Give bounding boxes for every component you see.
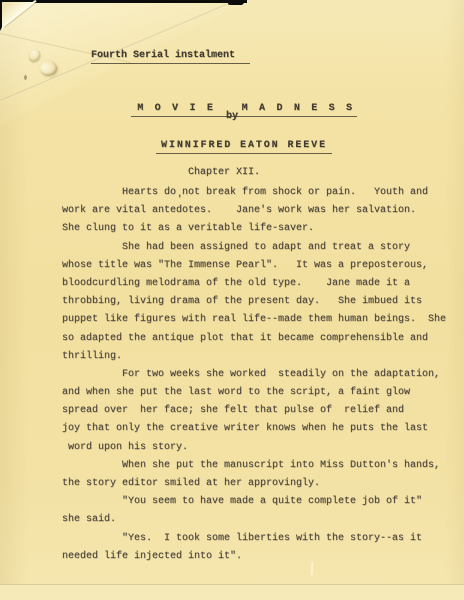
manuscript-line: puppet like figures with real life--made…	[62, 311, 462, 329]
chapter-heading: Chapter XII.	[188, 167, 260, 179]
serial-instalment-label: Fourth Serial instalment	[67, 38, 250, 76]
manuscript-body: Hearts do not break from shock or pain. …	[62, 184, 462, 566]
manuscript-line: and when she put the last word to the sc…	[62, 384, 462, 402]
page-bottom-edge	[0, 584, 464, 600]
byline: by	[0, 111, 464, 123]
scanned-manuscript-page: Fourth Serial instalment M O V I E M A D…	[0, 0, 464, 600]
manuscript-line: Hearts do not break from shock or pain. …	[62, 184, 462, 202]
manuscript-line: thrilling.	[62, 348, 462, 366]
author-name: WINNIFRED EATON REEVE	[0, 128, 464, 166]
manuscript-line: work are vital antedotes. Jane's work wa…	[62, 202, 462, 220]
manuscript-line: throbbing, living drama of the present d…	[62, 293, 462, 311]
story-title: M O V I E M A D N E S S	[0, 91, 464, 129]
manuscript-line: bloodcurdling melodrama of the old type.…	[62, 275, 462, 293]
paper-speck	[24, 75, 27, 80]
manuscript-line: she said.	[62, 511, 462, 529]
manuscript-line: the story editor smiled at her approving…	[62, 475, 462, 493]
scan-edge-top	[0, 0, 247, 3]
manuscript-line: She clung to it as a veritable life-save…	[62, 220, 462, 238]
manuscript-line: When she put the manuscript into Miss Du…	[62, 457, 462, 475]
serial-instalment-text: Fourth Serial instalment	[91, 50, 250, 64]
manuscript-line: whose title was "The Immense Pearl". It …	[62, 257, 462, 275]
manuscript-line: For two weeks she worked steadily on the…	[62, 366, 462, 384]
manuscript-line: word upon his story.	[62, 439, 462, 457]
author-name-text: WINNIFRED EATON REEVE	[156, 140, 332, 154]
manuscript-line: "You seem to have made a quite complete …	[62, 493, 462, 511]
manuscript-line: so adapted the antique plot that it beca…	[62, 330, 462, 348]
scan-edge-notch	[228, 0, 244, 5]
manuscript-line: She had been assigned to adapt and treat…	[62, 239, 462, 257]
manuscript-line: joy that only the creative writer knows …	[62, 420, 462, 438]
manuscript-line: needed life injected into it".	[62, 548, 462, 566]
manuscript-line: "Yes. I took some liberties with the sto…	[62, 530, 462, 548]
manuscript-line: spread over her face; she felt that puls…	[62, 402, 462, 420]
